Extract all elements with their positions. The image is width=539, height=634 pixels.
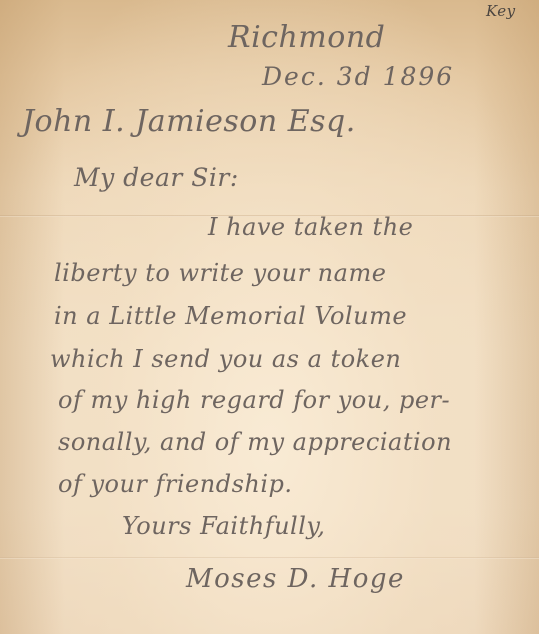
body-line: in a Little Memorial Volume [54, 302, 407, 330]
corner-annotation: Key [486, 2, 516, 20]
body-line: of your friendship. [58, 470, 293, 498]
body-line: which I send you as a token [50, 345, 401, 373]
letter-date: Dec. 3d 1896 [262, 62, 454, 91]
letter-place: Richmond [228, 20, 385, 55]
letter-page: Key Richmond Dec. 3d 1896 John I. Jamies… [0, 0, 539, 634]
body-line: sonally, and of my appreciation [58, 428, 452, 456]
body-line: liberty to write your name [54, 259, 386, 287]
letter-addressee: John I. Jamieson Esq. [22, 104, 356, 139]
letter-salutation: My dear Sir: [74, 163, 239, 192]
body-line: of my high regard for you, per- [58, 386, 450, 414]
body-line: I have taken the [208, 213, 413, 241]
letter-closing: Yours Faithfully, [122, 512, 325, 540]
fold-line-lower [0, 557, 539, 559]
letter-signature: Moses D. Hoge [186, 564, 405, 594]
